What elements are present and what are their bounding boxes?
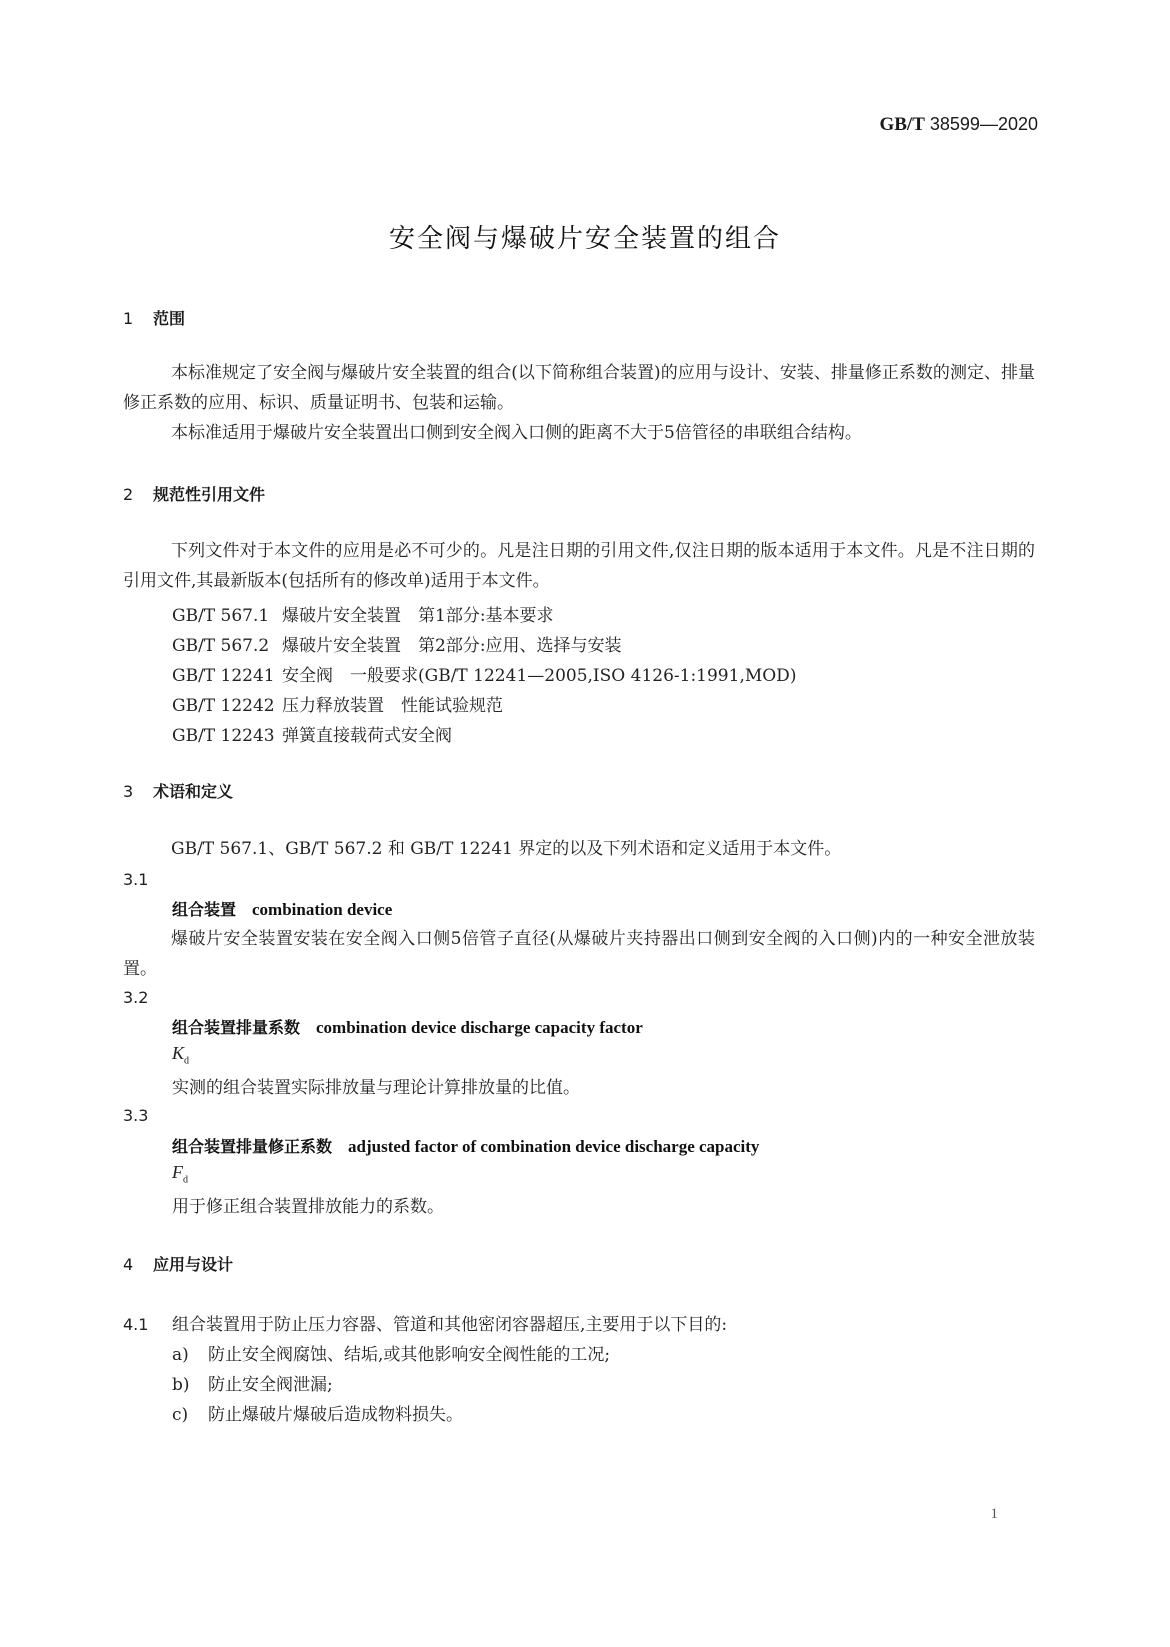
term-heading: 组合装置combination device	[172, 897, 392, 920]
section-title: 应用与设计	[153, 1255, 233, 1274]
document-page: GB/T 38599—2020 安全阀与爆破片安全装置的组合 1范围 本标准规定…	[0, 0, 1170, 1647]
reference-code: GB/T 12243	[172, 726, 282, 746]
reference-item: GB/T 12241安全阀 一般要求(GB/T 12241—2005,ISO 4…	[172, 661, 796, 686]
page-number: 1	[991, 1506, 999, 1523]
list-text: 防止安全阀腐蚀、结垢,或其他影响安全阀性能的工况;	[208, 1345, 610, 1365]
term-number: 3.3	[123, 1106, 148, 1125]
term-english: combination device discharge capacity fa…	[316, 1018, 643, 1037]
section-number: 1	[123, 309, 153, 328]
section-title: 规范性引用文件	[153, 485, 265, 504]
term-english: adjusted factor of combination device di…	[348, 1137, 759, 1156]
references-intro: 下列文件对于本文件的应用是必不可少的。凡是注日期的引用文件,仅注日期的版本适用于…	[123, 536, 1035, 596]
reference-title: 爆破片安全装置 第1部分:基本要求	[282, 606, 554, 626]
clause-text: 组合装置用于防止压力容器、管道和其他密闭容器超压,主要用于以下目的:	[172, 1315, 727, 1335]
term-symbol: Fd	[172, 1162, 188, 1186]
term-heading: 组合装置排量系数combination device discharge cap…	[172, 1015, 643, 1038]
reference-item: GB/T 12243弹簧直接载荷式安全阀	[172, 721, 452, 746]
list-item: c)防止爆破片爆破后造成物料损失。	[172, 1400, 463, 1425]
section-heading-2: 2规范性引用文件	[123, 482, 265, 505]
list-marker: c)	[172, 1405, 208, 1425]
list-marker: a)	[172, 1345, 208, 1365]
reference-item: GB/T 567.2爆破片安全装置 第2部分:应用、选择与安装	[172, 631, 622, 656]
list-item: b)防止安全阀泄漏;	[172, 1370, 333, 1395]
reference-code: GB/T 567.1	[172, 606, 282, 626]
section-heading-3: 3术语和定义	[123, 779, 233, 802]
standard-number: 38599—2020	[930, 114, 1038, 134]
list-item: a)防止安全阀腐蚀、结垢,或其他影响安全阀性能的工况;	[172, 1340, 610, 1365]
reference-item: GB/T 567.1爆破片安全装置 第1部分:基本要求	[172, 601, 554, 626]
term-number: 3.1	[123, 870, 148, 889]
term-number: 3.2	[123, 988, 148, 1007]
standard-code: GB/T 38599—2020	[879, 114, 1038, 136]
term-definition: 实测的组合装置实际排放量与理论计算排放量的比值。	[172, 1073, 580, 1098]
section-heading-4: 4应用与设计	[123, 1252, 233, 1275]
list-text: 防止爆破片爆破后造成物料损失。	[208, 1405, 463, 1425]
clause-4-1: 4.1组合装置用于防止压力容器、管道和其他密闭容器超压,主要用于以下目的:	[123, 1310, 727, 1335]
section-title: 范围	[153, 309, 185, 328]
term-definition: 用于修正组合装置排放能力的系数。	[172, 1192, 444, 1217]
section-title: 术语和定义	[153, 782, 233, 801]
scope-paragraph-2: 本标准适用于爆破片安全装置出口侧到安全阀入口侧的距离不大于5倍管径的串联组合结构…	[123, 418, 1035, 448]
reference-code: GB/T 12241	[172, 666, 282, 686]
section-heading-1: 1范围	[123, 306, 185, 329]
symbol-base: F	[172, 1162, 183, 1182]
symbol-subscript: d	[184, 1056, 189, 1067]
section-number: 3	[123, 782, 153, 801]
reference-code: GB/T 567.2	[172, 636, 282, 656]
symbol-subscript: d	[183, 1175, 188, 1186]
term-heading: 组合装置排量修正系数adjusted factor of combination…	[172, 1134, 759, 1157]
reference-item: GB/T 12242压力释放装置 性能试验规范	[172, 691, 503, 716]
term-symbol: Kd	[172, 1043, 189, 1067]
term-definition: 爆破片安全装置安装在安全阀入口侧5倍管子直径(从爆破片夹持器出口侧到安全阀的入口…	[123, 924, 1035, 984]
document-title: 安全阀与爆破片安全装置的组合	[0, 218, 1170, 255]
section-number: 4	[123, 1255, 153, 1274]
term-chinese: 组合装置	[172, 900, 236, 919]
clause-number: 4.1	[123, 1315, 172, 1334]
reference-title: 安全阀 一般要求(GB/T 12241—2005,ISO 4126-1:1991…	[282, 666, 796, 686]
list-marker: b)	[172, 1375, 208, 1395]
term-chinese: 组合装置排量修正系数	[172, 1137, 332, 1156]
reference-title: 压力释放装置 性能试验规范	[282, 696, 503, 716]
scope-paragraph-1: 本标准规定了安全阀与爆破片安全装置的组合(以下简称组合装置)的应用与设计、安装、…	[123, 358, 1035, 418]
term-chinese: 组合装置排量系数	[172, 1018, 300, 1037]
term-english: combination device	[252, 900, 392, 919]
reference-title: 爆破片安全装置 第2部分:应用、选择与安装	[282, 636, 622, 656]
reference-code: GB/T 12242	[172, 696, 282, 716]
symbol-base: K	[172, 1043, 184, 1063]
terms-intro: GB/T 567.1、GB/T 567.2 和 GB/T 12241 界定的以及…	[123, 834, 1035, 864]
standard-prefix: GB/T	[879, 114, 924, 135]
section-number: 2	[123, 485, 153, 504]
reference-title: 弹簧直接载荷式安全阀	[282, 726, 452, 746]
list-text: 防止安全阀泄漏;	[208, 1375, 333, 1395]
